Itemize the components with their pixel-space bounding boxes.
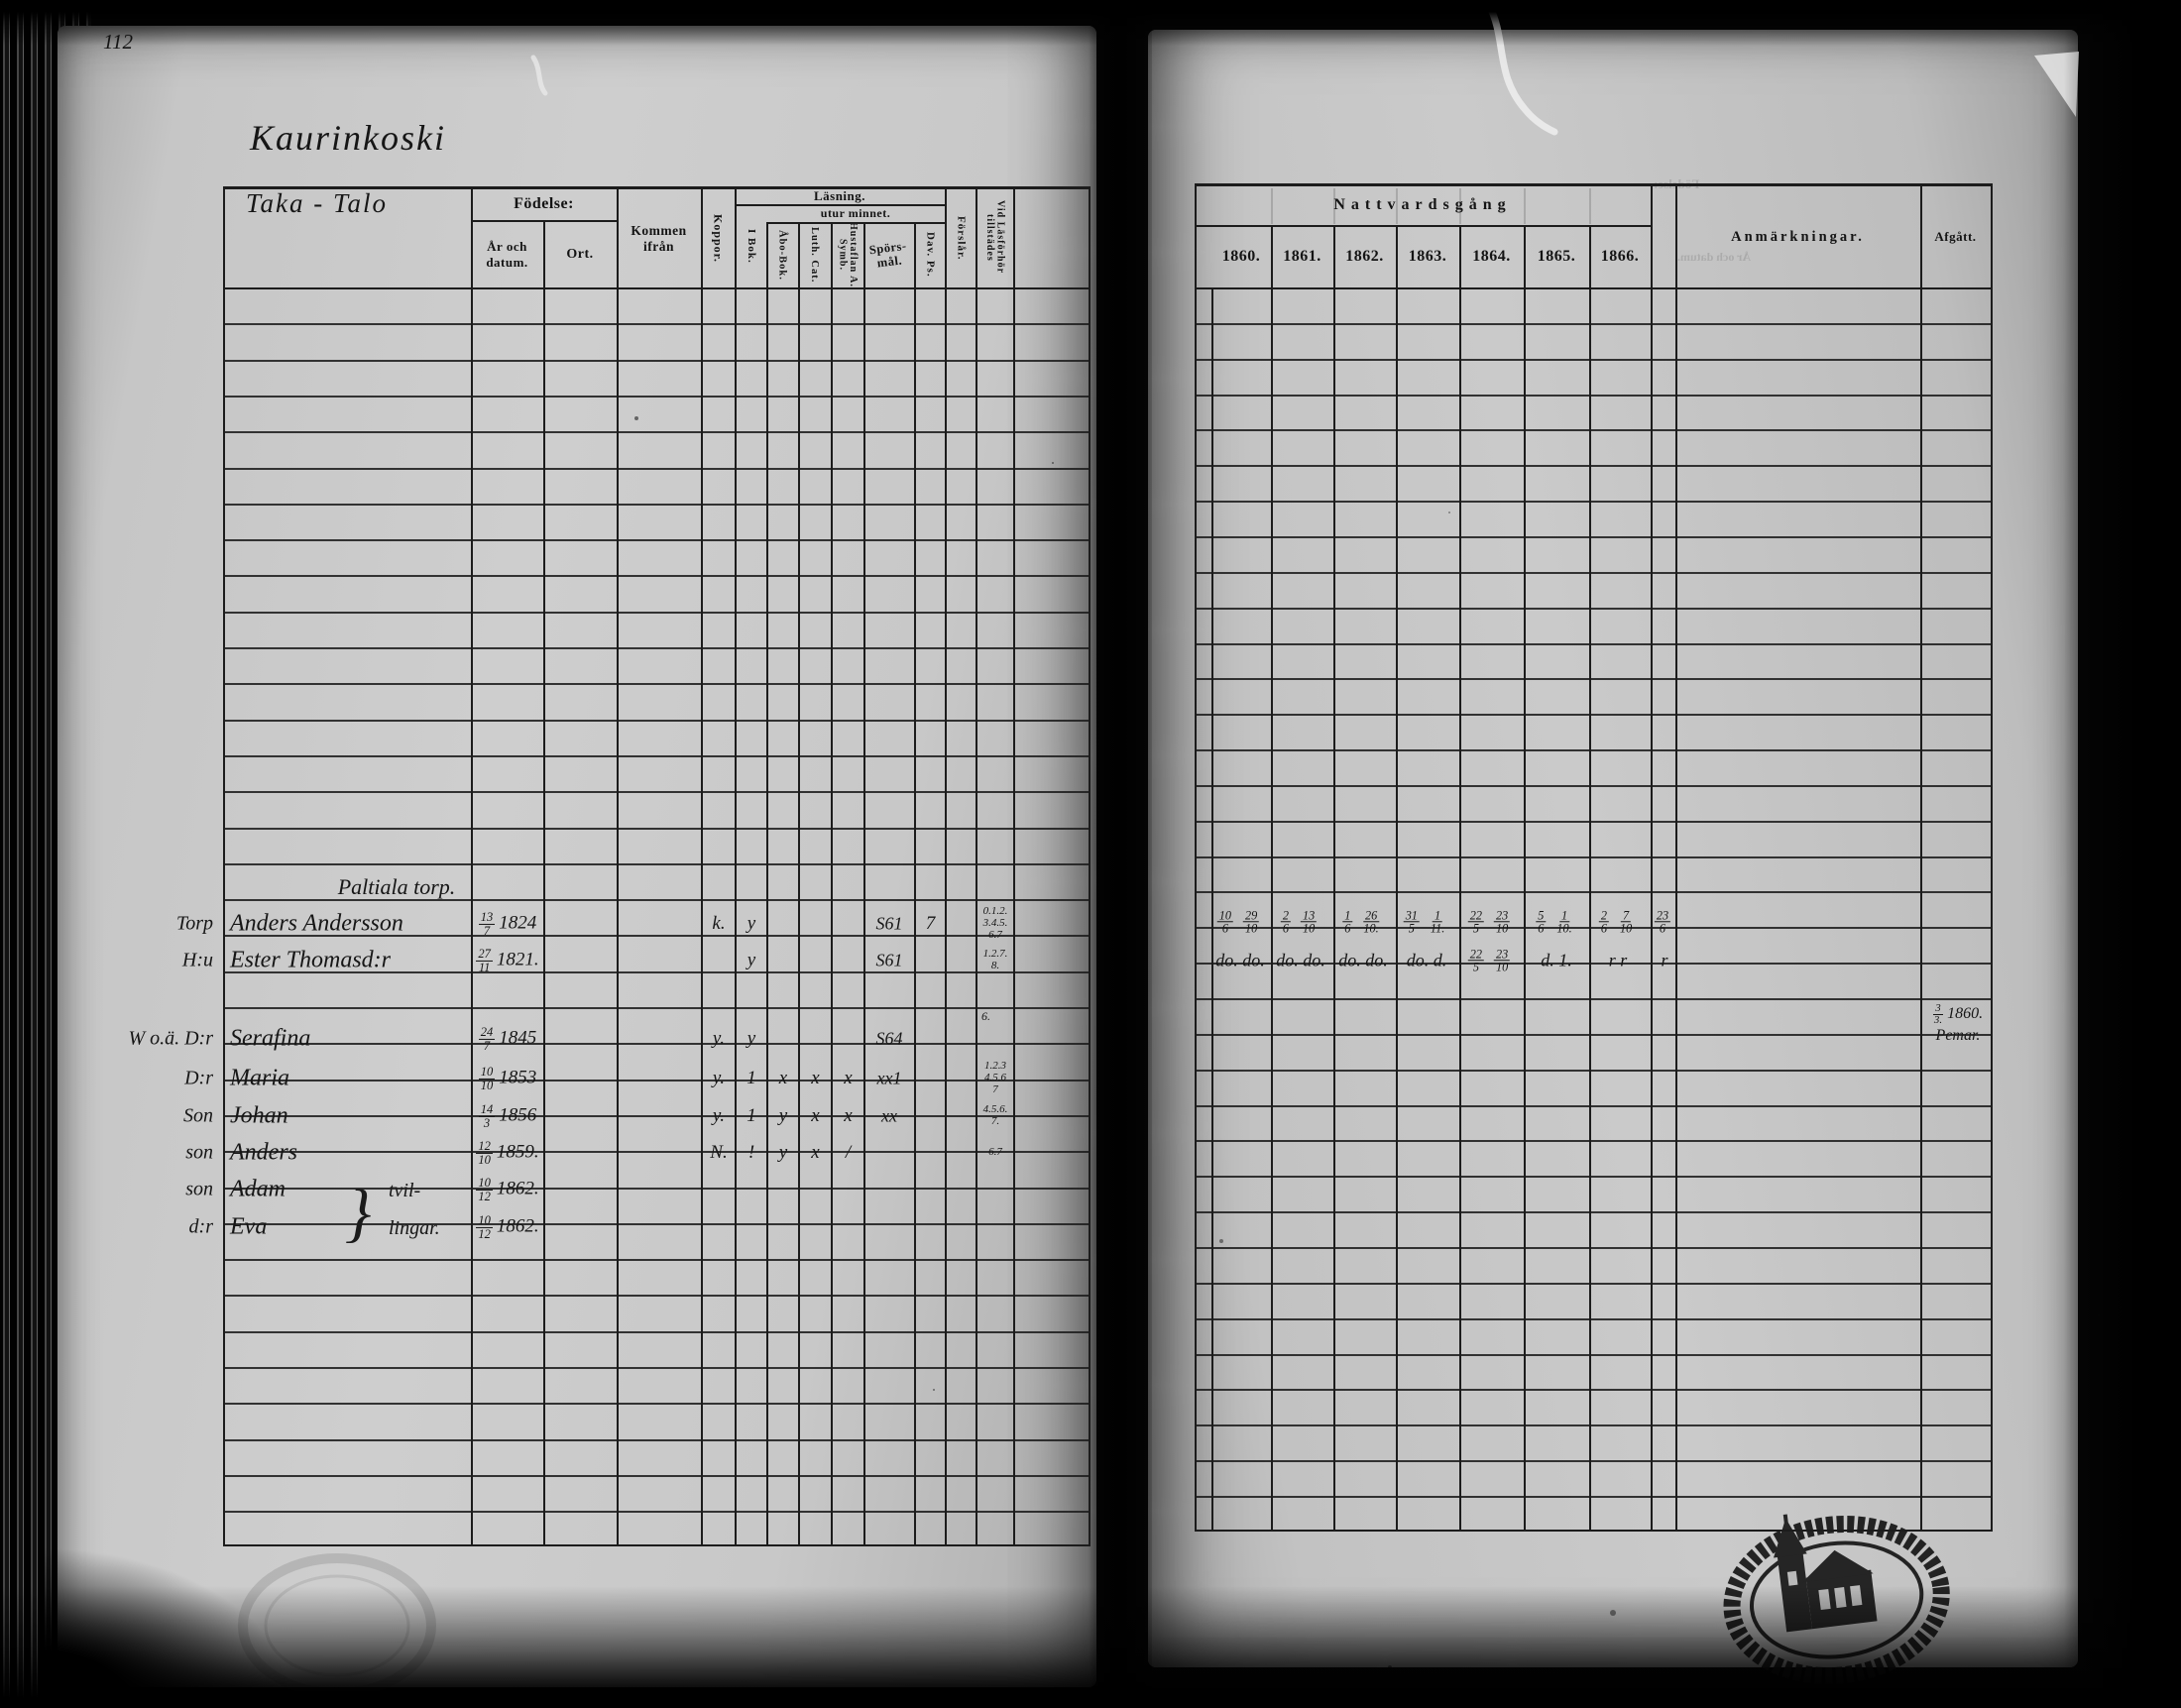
table-row-line [1195,1105,1991,1107]
table-rule-vertical [1271,225,1273,1532]
table-row-line [223,360,1089,362]
table-row-line [1195,1389,1991,1391]
row-mark-koppor: y. [703,1028,735,1050]
table-row-line [223,468,1089,470]
table-rule-vertical [798,222,800,1546]
table-rule-vertical [701,186,703,1546]
row-margin-label: Torp [59,913,213,936]
row-person-name: Maria [230,1066,478,1092]
table-row-line [1195,678,1991,680]
row-mark-luth-cat: x [800,1105,831,1127]
table-row-line [223,1331,1089,1333]
communion-entry-1860s-row2: do. do. [1276,951,1325,971]
row-mark-koppor: y. [703,1105,735,1127]
table-row-line [223,323,1089,325]
table-row-line [223,539,1089,541]
row-mark-koppor: N. [703,1142,735,1164]
row-mark-i-bok: ! [737,1142,766,1164]
row-mark-abo-bok: y [768,1105,798,1127]
table-rule-vertical [1333,225,1335,1532]
row-mark-i-bok: y [737,913,766,935]
table-row-line [1195,429,1991,431]
table-rule-vertical [945,186,947,1546]
row-margin-label: W o.ä. D:r [59,1028,213,1051]
row-mark-i-bok: y [737,1028,766,1050]
table-rule-header-bottom [223,287,1089,289]
communion-entry-1860s-row2: r [1661,951,1667,971]
table-rule-top [1195,183,1991,186]
row-person-name: Ester Thomasd:r [230,948,478,974]
row-mark-abo-bok: x [768,1068,798,1089]
table-rule-vertical [914,222,916,1546]
communion-entry-1860s-row1: 236 [1655,909,1674,934]
row-margin-label: H:u [59,950,213,972]
communion-entry-1860s-row1: 1062910 [1217,909,1263,934]
table-row-line [1195,1460,1991,1462]
row-mark-i-bok: 1 [737,1068,766,1089]
table-row-line [223,575,1089,577]
table-row-line [223,1295,1089,1297]
table-row-line [223,1511,1089,1513]
table-rule-vertical [1396,225,1398,1532]
table-row-line [1195,395,1991,397]
row-person-name: Adam [230,1177,478,1203]
row-margin-label: Son [59,1105,213,1128]
table-row-line [1195,359,1991,361]
row-vid-lasforhor-marks: 4.5.6. 7. [977,1104,1013,1128]
table-row-line [1195,1424,1991,1426]
row-mark-i-bok: y [737,950,766,971]
table-row-line [223,647,1089,649]
table-rule-vertical [831,222,833,1546]
communion-entry-1860s-row1: 2252310 [1468,909,1514,934]
table-row-line [223,396,1089,398]
row-person-name: Serafina [230,1026,478,1053]
table-row-line [223,720,1089,722]
row-mark-sporsmal: xx [865,1106,913,1127]
table-row-line [1195,323,1991,325]
table-rule [1195,225,1651,227]
row-birth-date: 27111821. [473,948,542,973]
table-row-line [1195,465,1991,467]
ghost-rule [1459,188,1461,224]
ghost-rule [1524,188,1526,224]
row-mark-sporsmal: xx1 [865,1069,913,1089]
communion-entry-1860s-row2: do. d. [1407,951,1447,971]
table-row-line [1195,1176,1991,1178]
row-mark-sporsmal: S64 [865,1029,913,1050]
row-person-name: Eva [230,1214,478,1241]
table-rule-vertical [543,220,545,1546]
table-row-line [1195,821,1991,823]
row-margin-label: son [59,1142,213,1165]
table-row-line [223,1439,1089,1441]
row-mark-hustaflan: x [833,1105,863,1127]
table-row-line [1195,1247,1991,1249]
table-row-line [1195,643,1991,645]
table-row-line [1195,714,1991,716]
table-row-line [1195,1318,1991,1320]
communion-entry-1860s-row1: 162610. [1342,909,1383,934]
row-birth-date: 10121862. [473,1214,542,1240]
row-margin-label: son [59,1179,213,1201]
communion-entry-1860s-row2: do. do. [1215,951,1265,971]
table-row-line [223,431,1089,433]
row-mark-sporsmal: S61 [865,951,913,971]
table-row-line [223,1475,1089,1477]
table-rule-vertical [223,186,225,1546]
table-grid: TorpAnders Andersson1371824k.yS6170.1.2.… [0,0,2181,1708]
communion-entry-1860s-row1: 26710 [1599,909,1637,934]
row-birth-date: 10121862. [473,1177,542,1202]
table-row-line [1195,998,1991,1000]
table-row-line [1195,1070,1991,1072]
communion-entry-1860s-row2: 2252310 [1468,948,1514,972]
table-rule-vertical [617,186,619,1546]
row-mark-luth-cat: x [800,1068,831,1089]
table-rule-vertical [863,222,865,1546]
table-rule-bottom [1195,1530,1991,1532]
row-birth-date: 2471845 [473,1026,542,1052]
table-rule-vertical [1089,186,1090,1546]
ghost-rule [1271,188,1273,224]
table-rule-vertical [1524,225,1526,1532]
row-person-name: Anders [230,1140,478,1167]
table-row-line [223,863,1089,865]
table-rule-vertical [976,186,977,1546]
row-mark-luth-cat: x [800,1142,831,1164]
table-row-line [223,612,1089,614]
table-rule-header-bottom [1195,287,1991,289]
row-vid-lasforhor-marks: 0.1.2. 3.4.5. 6.7 [977,906,1013,942]
table-row-line [223,1367,1089,1369]
table-rule-vertical [735,186,737,1546]
table-row-line [223,828,1089,830]
table-rule-vertical [1211,287,1213,1532]
table-row-line [1195,1496,1991,1498]
row-vid-lasforhor-marks: 1.2.3 4.5.6 7 [977,1061,1013,1096]
row-margin-label: D:r [59,1068,213,1090]
table-row-line [1195,608,1991,610]
table-rule [766,222,945,224]
row-vid-lasforhor-marks: 6.7 [977,1147,1013,1159]
row-mark-abo-bok: y [768,1142,798,1164]
table-row-line [223,1259,1089,1261]
table-row-line [223,504,1089,506]
row-mark-sporsmal: S61 [865,914,913,935]
table-rule-vertical [766,222,768,1546]
table-row-line [1195,856,1991,858]
row-vid-lasforhor-marks: 1.2.7. 8. [977,949,1013,972]
table-rule-vertical [1013,186,1015,1546]
communion-entry-1860s-row2: do. do. [1338,951,1388,971]
table-row-line [1195,749,1991,751]
row-mark-koppor: k. [703,913,735,935]
table-row-line [223,683,1089,685]
table-row-line [1195,1283,1991,1285]
row-margin-label: d:r [59,1216,213,1239]
row-birth-date: 10101853 [473,1066,542,1091]
row-mark-i-bok: 1 [737,1105,766,1127]
table-row-line [223,1007,1089,1009]
row-mark-hustaflan: / [833,1142,863,1164]
table-row-line [1195,501,1991,503]
table-rule-vertical [1459,225,1461,1532]
table-row-line [1195,785,1991,787]
table-row-line [223,899,1089,901]
table-rule-vertical [1991,183,1993,1532]
scanned-ledger-photo: 112 Kaurinkoski Taka - Talo Födelse: År … [0,0,2181,1708]
row-person-name: Anders Andersson [230,911,478,938]
ghost-rule [1333,188,1335,224]
table-row-line [1195,1034,1991,1036]
row-birth-date: 12101859. [473,1140,542,1166]
table-row-line [1195,1140,1991,1142]
row-birth-date: 1371824 [473,911,542,937]
table-row-line [1195,1354,1991,1356]
ghost-rule [1396,188,1398,224]
table-row-line [223,791,1089,793]
table-rule-vertical [471,186,473,1546]
ghost-rule [1589,188,1591,224]
communion-entry-1860s-row1: 56110. [1536,909,1576,934]
communion-entry-1860s-row2: d. 1. [1541,951,1572,971]
table-rule-bottom [223,1544,1089,1546]
table-row-line [1195,891,1991,893]
row-birth-date: 1431856 [473,1103,542,1129]
table-row-line [223,1403,1089,1405]
communion-entry-1860s-row1: 261310 [1281,909,1320,934]
table-row-line [223,755,1089,757]
row-mark-koppor: y. [703,1068,735,1089]
row-mark-dav-ps: 7 [916,913,945,935]
table-rule [471,220,617,222]
row-mark-hustaflan: x [833,1068,863,1089]
communion-entry-1860s-row2: r r [1609,951,1628,971]
table-rule-vertical [1589,225,1591,1532]
communion-entry-1860s-row1: 315111. [1404,909,1450,934]
table-rule-top [223,186,1089,189]
row-person-name: Johan [230,1103,478,1130]
table-row-line [1195,536,1991,538]
table-rule [735,204,945,206]
table-row-line [1195,1211,1991,1213]
table-row-line [1195,572,1991,574]
